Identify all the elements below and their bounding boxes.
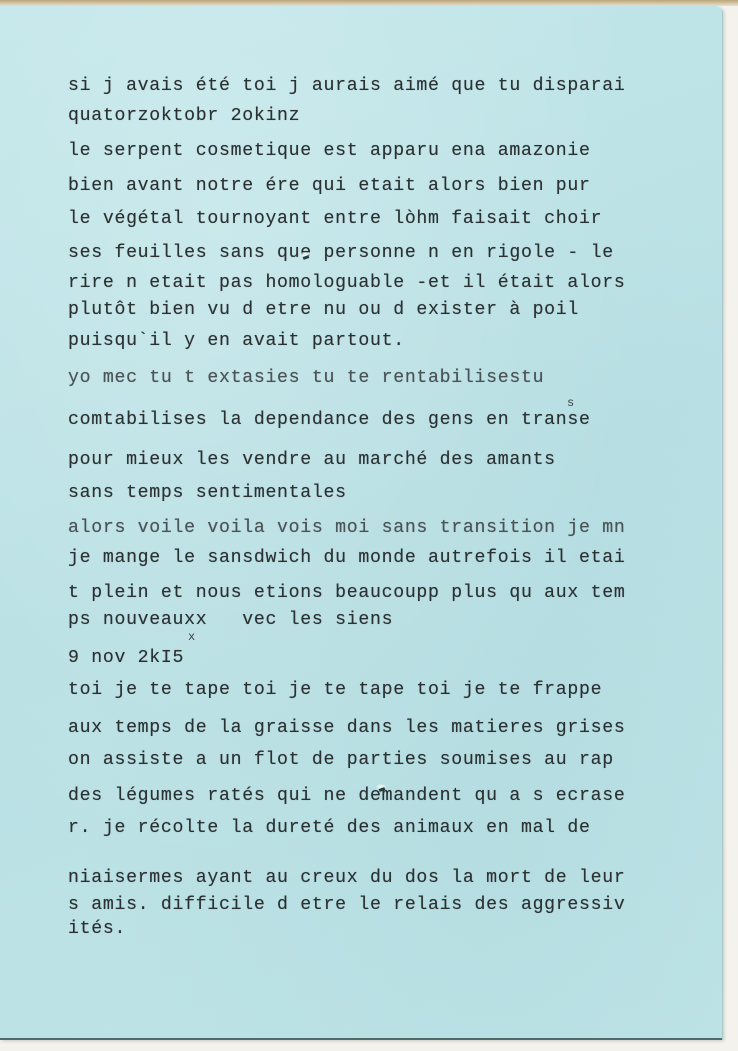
text-line: s amis. difficile d etre le relais des a… [68, 895, 626, 915]
text-line: rire n etait pas homologuable -et il éta… [68, 273, 626, 293]
text-line: comtabilises la dependance des gens en t… [68, 410, 591, 430]
paper-puncture [300, 252, 310, 258]
overstrike-mark: s [567, 396, 574, 410]
text-line: toi je te tape toi je te tape toi je te … [68, 680, 602, 700]
text-line: je mange le sansdwich du monde autrefois… [68, 548, 626, 568]
text-line: pour mieux les vendre au marché des aman… [68, 450, 556, 470]
text-line: plutôt bien vu d etre nu ou d exister à … [68, 300, 579, 320]
text-line: le végétal tournoyant entre lòhm faisait… [68, 209, 602, 229]
paper-puncture [376, 784, 386, 790]
text-line: ités. [68, 919, 126, 939]
text-line: aux temps de la graisse dans les matiere… [68, 718, 626, 738]
date-line: 9 nov 2kI5 [68, 648, 184, 668]
typewritten-page: si j avais été toi j aurais aimé que tu … [0, 6, 722, 1039]
text-line: niaisermes ayant au creux du dos la mort… [68, 868, 626, 888]
text-line: bien avant notre ére qui etait alors bie… [68, 176, 591, 196]
text-line: t plein et nous etions beaucoupp plus qu… [68, 583, 626, 603]
text-line: si j avais été toi j aurais aimé que tu … [68, 76, 626, 96]
document-body: si j avais été toi j aurais aimé que tu … [0, 6, 722, 1039]
text-line: sans temps sentimentales [68, 483, 347, 503]
text-line: yo mec tu t extasies tu te rentabilisest… [68, 368, 544, 388]
text-line: des légumes ratés qui ne demandent qu a … [68, 786, 626, 806]
overstrike-mark: x [188, 630, 195, 644]
text-line: ses feuilles sans que personne n en rigo… [68, 243, 614, 263]
text-line: puisqu`il y en avait partout. [68, 331, 405, 351]
text-line: ps nouveauxx vec les siens [68, 610, 393, 630]
text-line: on assiste a un flot de parties soumises… [68, 750, 614, 770]
date-line: quatorzoktobr 2okinz [68, 106, 300, 126]
paper-bottom-edge [0, 1038, 722, 1040]
text-line: alors voile voila vois moi sans transiti… [68, 518, 626, 538]
text-line: r. je récolte la dureté des animaux en m… [68, 818, 591, 838]
text-line: le serpent cosmetique est apparu ena ama… [68, 141, 591, 161]
